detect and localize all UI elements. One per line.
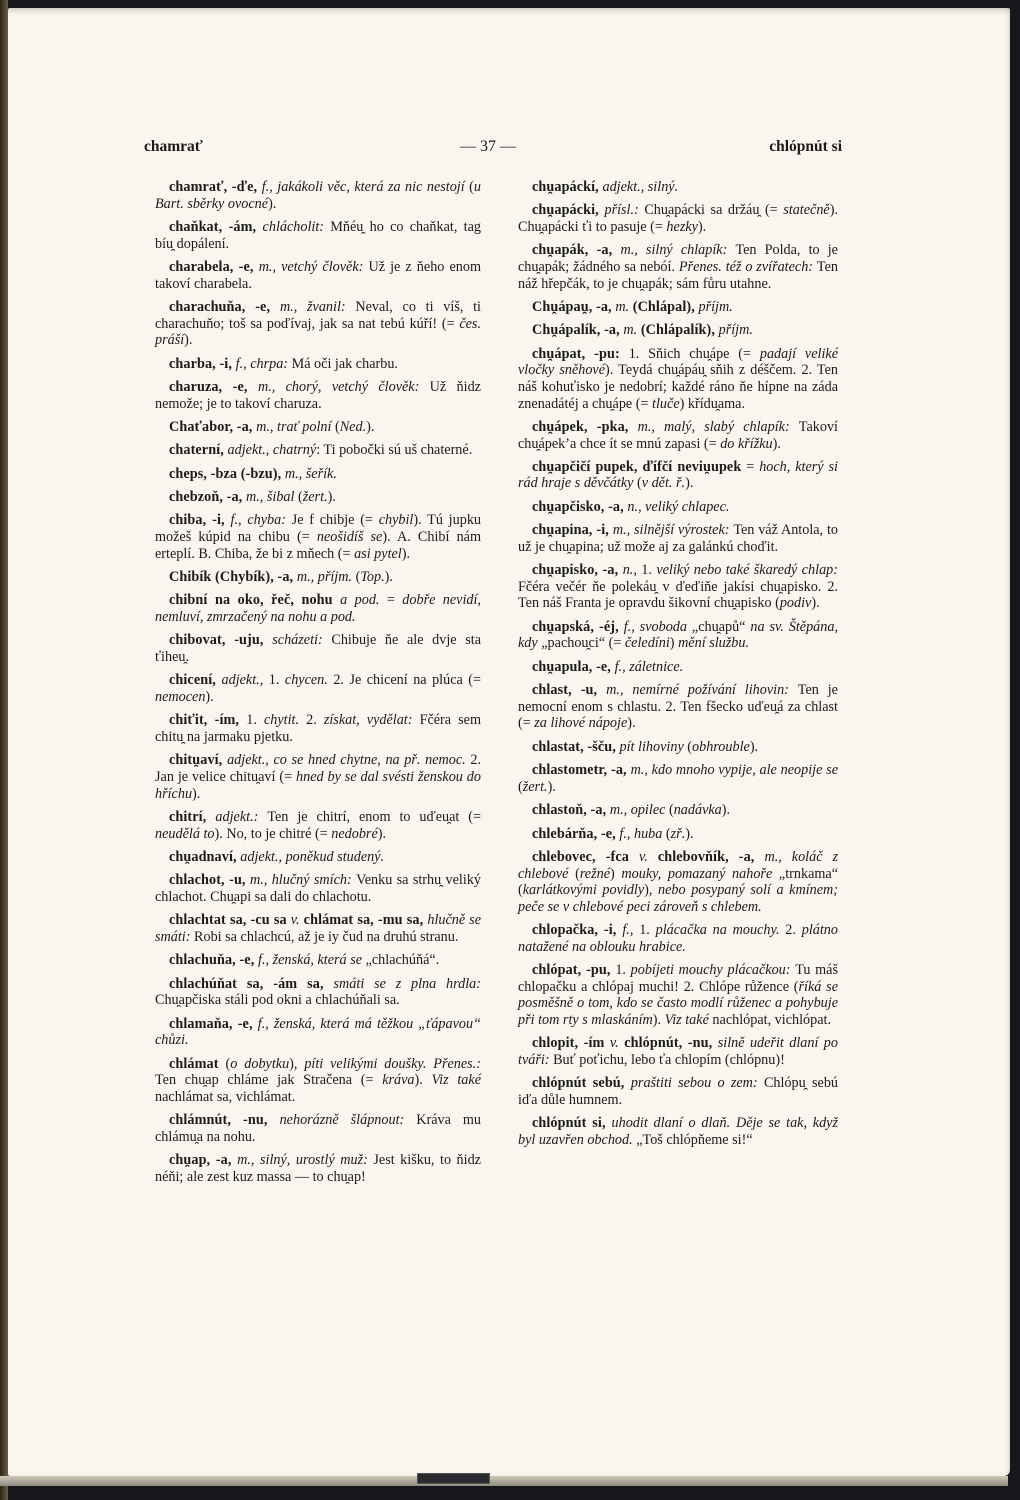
definition-italic: adjekt. — [222, 672, 260, 688]
definition-italic: m., chorý, vetchý člověk: — [258, 379, 430, 395]
headword: chu̯adnaví, — [169, 849, 240, 865]
definition-italic: Viz také — [665, 1012, 713, 1028]
headword: chiba, -i, — [169, 512, 231, 528]
dictionary-entry: chlópnút si, uhodit dlaní o dlaň. Děje s… — [518, 1115, 838, 1148]
definition-italic: m., hlučný smích: — [250, 872, 356, 888]
headword: chu̯apská, -éj, — [532, 619, 624, 635]
headword: (Chlápalík), — [637, 322, 718, 338]
dictionary-entry: charba, -i, f., chrpa: Má oči jak charbu… — [155, 356, 481, 373]
dictionary-entry: charabela, -e, m., vetchý člověk: Už je … — [155, 259, 481, 292]
definition-italic: chybil — [379, 512, 414, 528]
definition-italic: karlátkovými povidly — [523, 882, 644, 898]
headword: chu̯apák, -a, — [532, 242, 620, 258]
definition-italic: čes. práší — [155, 316, 481, 349]
definition-italic: režné — [580, 866, 610, 882]
definition-italic: nadávka — [674, 802, 722, 818]
headword: cheps, -bza (-bzu), — [169, 466, 285, 482]
dictionary-entry: chitu̯aví, adjekt., co se hned chytne, n… — [155, 752, 481, 802]
headword: chiťit, -ím, — [169, 712, 246, 728]
dictionary-entry: chamrať, -ďe, f., jakákoli věc, která za… — [155, 179, 481, 212]
page-tab-strip — [417, 1473, 490, 1484]
definition-italic: Přenes. též o zvířatech: — [679, 259, 817, 275]
headword: chibovat, -uju, — [169, 632, 272, 648]
dictionary-entry: chu̯apská, -éj, f., svoboda „chu̯apů“ na… — [518, 619, 838, 652]
definition-italic: mění službu. — [678, 635, 749, 651]
definition-italic: f., ženská, která se — [258, 952, 362, 968]
definition-italic: chytit. — [264, 712, 299, 728]
headword: chicení, — [169, 672, 222, 688]
headword: chlachúňat sa, -ám sa, — [169, 976, 334, 992]
headword: chu̯apula, -e, — [532, 659, 615, 675]
dictionary-entry: chu̯apčisko, -a, n., veliký chlapec. — [518, 499, 838, 516]
headword: chlachot, -u, — [169, 872, 250, 888]
headword: chu̯ap, -a, — [169, 1152, 237, 1168]
headword: chlastoň, -a, — [532, 802, 610, 818]
definition-italic: m. — [623, 322, 637, 338]
definition-italic: f., svoboda — [624, 619, 687, 635]
dictionary-entry: chlópnút sebú, praštiti sebou o zem: Chl… — [518, 1075, 838, 1108]
definition-italic: m., malý, slabý chlapík: — [638, 419, 799, 435]
dictionary-entry: chu̯ápat, -pu: 1. Sňich chu̯ápe (= padaj… — [518, 346, 838, 412]
headword: chu̯apácki, — [532, 202, 604, 218]
dictionary-entry: chlachuňa, -e, f., ženská, která se „chl… — [155, 952, 481, 969]
definition-italic: Top. — [360, 569, 384, 585]
headword: chlebárňa, -e, — [532, 826, 619, 842]
dictionary-entry: chlast, -u, m., nemírné požívání lihovin… — [518, 682, 838, 732]
dictionary-entry: Chu̯ápau̯, -a, m. (Chlápal), příjm. — [518, 299, 838, 316]
headword: chu̯apčisko, -a, — [532, 499, 627, 515]
headword: chitu̯aví, — [169, 752, 227, 768]
definition-italic: zř. — [671, 826, 686, 842]
definition-italic: asi pytel — [354, 546, 402, 562]
dictionary-entry: chlebovec, -fca v. chlebovňík, -a, m., k… — [518, 849, 838, 915]
definition-italic: f., jakákoli věc, která za nic nestojí — [262, 179, 465, 195]
definition-italic: do křížku — [720, 436, 772, 452]
definition-italic: kráva — [382, 1072, 414, 1088]
definition-italic: statečně — [783, 202, 829, 218]
definition-italic: obhrouble — [692, 739, 750, 755]
definition-italic: m., kdo mnoho vypije, ale neopije se — [631, 762, 838, 778]
definition-italic: f., záletnice. — [615, 659, 684, 675]
definition-italic: m., silný, urostlý muž: — [237, 1152, 373, 1168]
definition-italic: Viz také — [432, 1072, 481, 1088]
headword: charuza, -e, — [169, 379, 258, 395]
definition-italic: pobíjeti mouchy plácačkou: — [631, 962, 796, 978]
definition-italic: přísl.: — [604, 202, 644, 218]
headword: chlebovec, -fca — [532, 849, 639, 865]
dictionary-entry: chu̯ápek, -pka, m., malý, slabý chlapík:… — [518, 419, 838, 452]
headword: Chu̯ápalík, -a, — [532, 322, 623, 338]
definition-italic: a pod. — [340, 592, 379, 608]
definition-italic: f., chrpa: — [236, 356, 292, 372]
headword: chlopačka, -i, — [532, 922, 622, 938]
dictionary-entry: chlachot, -u, m., hlučný smích: Venku sa… — [155, 872, 481, 905]
dictionary-entry: chu̯ap, -a, m., silný, urostlý muž: Jest… — [155, 1152, 481, 1185]
dictionary-entry: chlastat, -šču, pít lihoviny (obhrouble)… — [518, 739, 838, 756]
headword: chaterní, — [169, 442, 228, 458]
dictionary-entry: chlachtat sa, -cu sa v. chlámat sa, -mu … — [155, 912, 481, 945]
definition-italic: m., opilec — [610, 802, 666, 818]
definition-italic: adjekt., chatrný — [228, 442, 317, 458]
dictionary-entry: chiba, -i, f., chyba: Je f chibje (= chy… — [155, 512, 481, 562]
headword: chlópnút si, — [532, 1115, 612, 1131]
headword: chu̯ápek, -pka, — [532, 419, 638, 435]
dictionary-entry: chlebárňa, -e, f., huba (zř.). — [518, 826, 838, 843]
headword: Chibík (Chybík), -a, — [169, 569, 297, 585]
dictionary-entry: chlastoň, -a, m., opilec (nadávka). — [518, 802, 838, 819]
definition-italic: praštiti sebou o zem: — [631, 1075, 764, 1091]
definition-italic: scházeti: — [272, 632, 331, 648]
definition-italic: v dět. ř. — [642, 475, 685, 491]
left-column: chamrať, -ďe, f., jakákoli věc, která za… — [155, 179, 481, 1192]
dictionary-entry: chlámnút, -nu, nehorázně šlápnout: Kráva… — [155, 1112, 481, 1145]
definition-italic: m., šibal — [246, 489, 294, 505]
definition-italic: f. — [622, 922, 630, 938]
headword: chlachtat sa, -cu sa — [169, 912, 291, 928]
headword: charabela, -e, — [169, 259, 259, 275]
dictionary-entry: charuza, -e, m., chorý, vetchý člověk: U… — [155, 379, 481, 412]
page-bottom-edge — [0, 1476, 1008, 1486]
headword: chu̯apčičí pupek, ďífčí neviu̯upek — [532, 459, 741, 475]
definition-italic: podiv — [780, 595, 812, 611]
definition-italic: nemocen — [155, 689, 205, 705]
definition-italic: m., vetchý člověk: — [259, 259, 369, 275]
headword: chlastat, -šču, — [532, 739, 620, 755]
dictionary-entry: cheps, -bza (-bzu), m., šeřík. — [155, 466, 481, 483]
headword: chlópat, -pu, — [532, 962, 615, 978]
definition-italic: plácačka na mouchy. — [656, 922, 780, 938]
left-guide-word: chamrať — [144, 138, 203, 156]
headword: charba, -i, — [169, 356, 236, 372]
definition-italic: adjekt.: — [215, 809, 267, 825]
definition-italic: m., nemírné požívání lihovin: — [606, 682, 798, 698]
definition-italic: neošidíš se — [317, 529, 382, 545]
definition-italic: hezky — [666, 219, 698, 235]
headword: chu̯apina, -i, — [532, 522, 613, 538]
dictionary-entry: chu̯apula, -e, f., záletnice. — [518, 659, 838, 676]
definition-italic: čeledíni — [625, 635, 670, 651]
headword: chlebovňík, -a, — [648, 849, 765, 865]
definition-italic: n. — [623, 562, 634, 578]
dictionary-entry: chibovat, -uju, scházeti: Chibuje ňe ale… — [155, 632, 481, 665]
right-guide-word: chlópnút si — [752, 138, 842, 156]
headword: chlámat sa, -mu sa, — [300, 912, 428, 928]
definition-italic: adjekt., poněkud studený. — [240, 849, 384, 865]
definition-italic: hned by se dal svésti ženskou do hříchu — [155, 769, 481, 802]
dictionary-entry: chaňkat, -ám, chlácholit: Mňéu̯ ho co ch… — [155, 219, 481, 252]
definition-italic: nehorázně šlápnout: — [280, 1112, 417, 1128]
definition-italic: f., chyba: — [231, 512, 292, 528]
definition-italic: píti velikými doušky. Přenes.: — [304, 1056, 481, 1072]
headword: chlópnút, -nu, — [619, 1035, 718, 1051]
dictionary-entry: chu̯apina, -i, m., silnější výrostek: Te… — [518, 522, 838, 555]
page-number: — 37 — — [448, 138, 528, 156]
headword: (Chlápal), — [629, 299, 698, 315]
headword: chibní na oko, řeč, nohu — [169, 592, 340, 608]
definition-italic: smáti se z plna hrdla: — [334, 976, 481, 992]
headword: chamrať, -ďe, — [169, 179, 262, 195]
headword: charachuňa, -e, — [169, 299, 280, 315]
definition-italic: žert. — [523, 779, 548, 795]
definition-italic: chycen. — [285, 672, 328, 688]
headword: chaňkat, -ám, — [169, 219, 263, 235]
headword: chlámnút, -nu, — [169, 1112, 280, 1128]
dictionary-entry: chu̯apácki, přísl.: Chu̯apácki sa držáu̯… — [518, 202, 838, 235]
dictionary-entry: chibní na oko, řeč, nohu a pod. = dobře … — [155, 592, 481, 625]
headword: chlópnút sebú, — [532, 1075, 631, 1091]
definition-italic: neudělá to — [155, 826, 215, 842]
definition-italic: m., žvanil: — [280, 299, 355, 315]
headword: chlamaňa, -e, — [169, 1016, 258, 1032]
dictionary-entry: chu̯adnaví, adjekt., poněkud studený. — [155, 849, 481, 866]
definition-italic: m., příjm. — [297, 569, 352, 585]
definition-italic: m. — [615, 299, 629, 315]
dictionary-entry: chlachúňat sa, -ám sa, smáti se z plna h… — [155, 976, 481, 1009]
dictionary-entry: chlámat (o dobytku), píti velikými doušk… — [155, 1056, 481, 1106]
binding-edge — [0, 0, 8, 1500]
dictionary-entry: chu̯apák, -a, m., silný chlapík: Ten Pol… — [518, 242, 838, 292]
dictionary-entry: Chibík (Chybík), -a, m., příjm. (Top.). — [155, 569, 481, 586]
headword: chlámat — [169, 1056, 226, 1072]
headword: chebzoň, -a, — [169, 489, 246, 505]
headword: chlast, -u, — [532, 682, 606, 698]
definition-italic: za lihové nápoje — [534, 715, 627, 731]
dictionary-entry: chicení, adjekt., 1. chycen. 2. Je chice… — [155, 672, 481, 705]
headword: chlachuňa, -e, — [169, 952, 258, 968]
definition-italic: žert. — [303, 489, 328, 505]
definition-italic: nedobré — [331, 826, 378, 842]
headword: chu̯ápat, -pu: — [532, 346, 629, 362]
definition-italic: m., trať polní — [256, 419, 331, 435]
headword: chu̯apáckí, — [532, 179, 602, 195]
dictionary-entry: chu̯apčičí pupek, ďífčí neviu̯upek = hoc… — [518, 459, 838, 492]
definition-italic: tluče — [652, 396, 680, 412]
definition-italic: pít lihoviny — [620, 739, 684, 755]
definition-italic: příjm. — [719, 322, 753, 338]
headword: chlastometr, -a, — [532, 762, 631, 778]
definition-italic: mouky, pomazaný nahoře — [621, 866, 772, 882]
dictionary-entry: charachuňa, -e, m., žvanil: Neval, co ti… — [155, 299, 481, 349]
headword: Chaťabor, -a, — [169, 419, 256, 435]
dictionary-entry: chlastometr, -a, m., kdo mnoho vypije, a… — [518, 762, 838, 795]
definition-italic: adjekt., co se hned chytne, na př. nemoc… — [227, 752, 466, 768]
headword: chitrí, — [169, 809, 215, 825]
definition-italic: o dobytku — [230, 1056, 289, 1072]
headword: chu̯apisko, -a, — [532, 562, 623, 578]
definition-italic: příjm. — [699, 299, 733, 315]
headword: chlopit, -ím — [532, 1035, 610, 1051]
right-column: chu̯apáckí, adjekt., silný.chu̯apácki, p… — [518, 179, 838, 1155]
definition-italic: Ned. — [340, 419, 366, 435]
dictionary-entry: chlopit, -ím v. chlópnút, -nu, silně ude… — [518, 1035, 838, 1068]
dictionary-entry: Chaťabor, -a, m., trať polní (Ned.). — [155, 419, 481, 436]
definition-italic: v. — [291, 912, 300, 928]
definition-italic: adjekt., silný. — [602, 179, 678, 195]
definition-italic: m., silný chlapík: — [620, 242, 735, 258]
scanned-page-photo: chamrať — 37 — chlópnút si chamrať, -ďe,… — [0, 0, 1020, 1500]
definition-italic: m., silnější výrostek: — [613, 522, 734, 538]
headword: Chu̯ápau̯, -a, — [532, 299, 615, 315]
dictionary-entry: chlópat, -pu, 1. pobíjeti mouchy plácačk… — [518, 962, 838, 1028]
dictionary-entry: chu̯apisko, -a, n., 1. veliký nebo také … — [518, 562, 838, 612]
definition-italic: v. — [639, 849, 648, 865]
definition-italic: f., huba — [619, 826, 662, 842]
definition-italic: v. — [610, 1035, 619, 1051]
dictionary-entry: chaterní, adjekt., chatrný: Ti pobočki s… — [155, 442, 481, 459]
dictionary-entry: chu̯apáckí, adjekt., silný. — [518, 179, 838, 196]
definition-italic: n., veliký chlapec. — [627, 499, 729, 515]
dictionary-entry: chlopačka, -i, f., 1. plácačka na mouchy… — [518, 922, 838, 955]
dictionary-entry: chitrí, adjekt.: Ten je chitrí, enom to … — [155, 809, 481, 842]
dictionary-entry: Chu̯ápalík, -a, m. (Chlápalík), příjm. — [518, 322, 838, 339]
definition-italic: získat, vydělat: — [324, 712, 420, 728]
definition-italic: m., šeřík. — [285, 466, 337, 482]
dictionary-entry: chlamaňa, -e, f., ženská, která má těžko… — [155, 1016, 481, 1049]
dictionary-entry: chebzoň, -a, m., šibal (žert.). — [155, 489, 481, 506]
dictionary-entry: chiťit, -ím, 1. chytit. 2. získat, vyděl… — [155, 712, 481, 745]
definition-italic: veliký nebo také škaredý chlap: — [656, 562, 838, 578]
definition-italic: chlácholit: — [263, 219, 331, 235]
